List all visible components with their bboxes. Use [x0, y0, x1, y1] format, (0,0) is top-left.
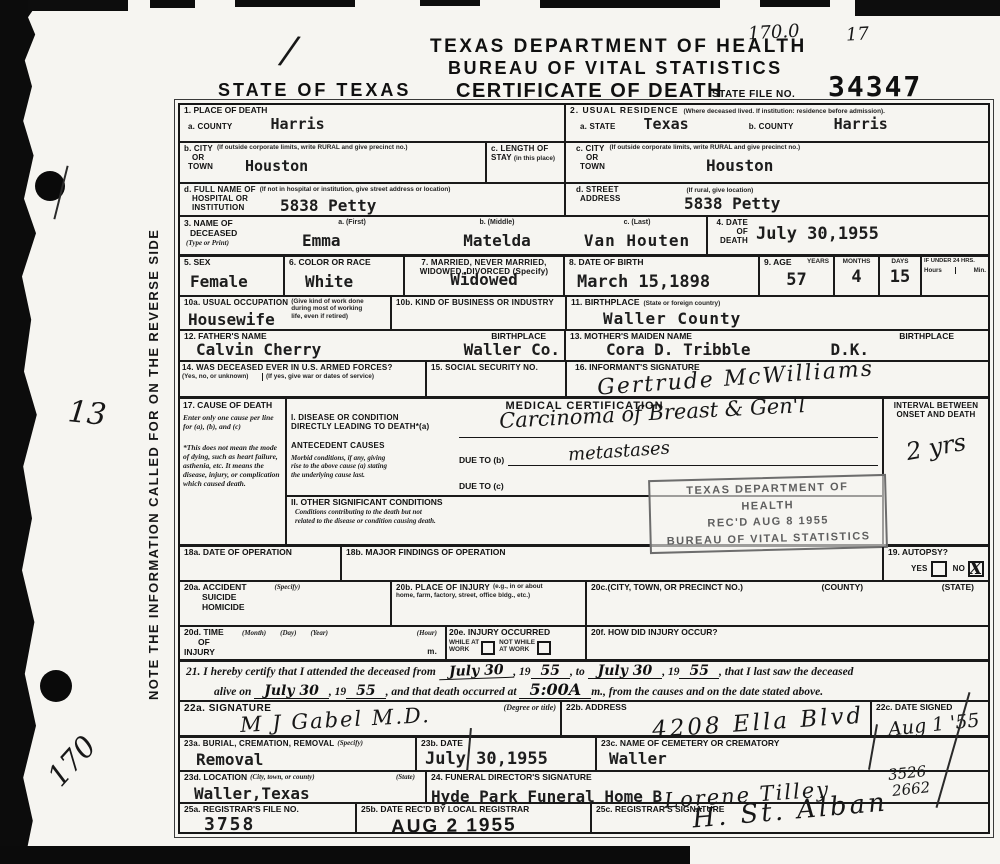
field-25a-value: 3758 — [204, 816, 351, 835]
cert-text-4: , 19 — [662, 666, 679, 678]
field-1b-city-label: b. CITY — [184, 144, 213, 153]
interval-handwriting: 2 yrs — [883, 425, 988, 470]
row-operation: 18a. DATE OF OPERATION 18b. MAJOR FINDIN… — [180, 547, 988, 582]
field-1d-institution: d. FULL NAME OF HOSPITAL OR INSTITUTION … — [180, 184, 566, 215]
field-20d-year: (Year) — [310, 629, 328, 657]
field-2d-label-2: ADDRESS — [580, 194, 621, 203]
field-15-ssn: 15. SOCIAL SECURITY NO. — [427, 362, 567, 396]
cert-text-6: alive on — [214, 686, 251, 698]
field-3-title-note: (Type or Print) — [186, 239, 282, 247]
row-service-informant: 14. WAS DECEASED EVER IN U.S. ARMED FORC… — [180, 362, 988, 399]
field-9-label: 9. AGE — [764, 258, 792, 268]
field-10a-occupation: 10a. USUAL OCCUPATION (Give kind of work… — [180, 297, 392, 329]
field-7-marital-status: 7. MARRIED, NEVER MARRIED, WIDOWED, DIVO… — [405, 257, 565, 295]
field-11-label: 11. BIRTHPLACE — [571, 298, 640, 308]
field-9-under-24: IF UNDER 24 HRS. Hours Min. — [922, 257, 988, 295]
field-23d-note: (City, town, or county) — [250, 773, 315, 783]
field-20d-time-of-injury: 20d. TIME OF INJURY (Month) (Day) (Year)… — [180, 627, 447, 659]
top-scan-mark — [28, 0, 128, 11]
field-9-days-value: 15 — [884, 269, 916, 287]
field-20d-label-3: INJURY — [184, 648, 242, 658]
cert-hw-alive-year: 55 — [346, 684, 385, 699]
field-20d-month: (Month) — [242, 629, 266, 657]
field-4-label: 4. DATE — [712, 218, 748, 227]
field-20d-hour: (Hour) — [417, 629, 437, 637]
while-at-work-checkbox[interactable] — [481, 641, 495, 655]
field-20b-note-2: home, farm, factory, street, office bldg… — [396, 592, 581, 599]
field-1-title: 1. PLACE OF DEATH — [184, 106, 560, 116]
field-1b-city-note: (If outside corporate limits, write RURA… — [217, 144, 408, 153]
field-23a-note: (Specify) — [337, 739, 363, 748]
field-18a-date-of-operation: 18a. DATE OF OPERATION — [180, 547, 342, 580]
field-18b-label: 18b. MAJOR FINDINGS OF OPERATION — [346, 548, 878, 558]
while-at-work-label: WHILE AT — [449, 639, 479, 646]
field-20c-location: 20c.(CITY, TOWN, OR PRECINCT NO.) (COUNT… — [587, 582, 988, 625]
field-17-note-1: Enter only one cause per line for (a), (… — [183, 413, 282, 431]
field-19-autopsy: 19. AUTOPSY? YES NO X — [884, 547, 988, 580]
cert-hw-from-year: 55 — [531, 664, 570, 679]
not-while-at-work-label: NOT WHILE — [499, 639, 535, 646]
field-1b-or: OR — [192, 153, 481, 162]
antecedent-causes-label: ANTECEDENT CAUSES — [291, 441, 459, 450]
field-9-hours-label: Hours — [924, 267, 956, 274]
field-18b-major-findings: 18b. MAJOR FINDINGS OF OPERATION — [342, 547, 884, 580]
row-cause-of-death: 17. CAUSE OF DEATH Enter only one cause … — [180, 399, 988, 547]
row-name-of-deceased: 3. NAME OF DECEASED (Type or Print) a. (… — [180, 217, 988, 257]
handwritten-13: 13 — [66, 394, 108, 433]
field-9-days: DAYS 15 — [880, 257, 922, 295]
field-21-certification: 21. I hereby certify that I attended the… — [180, 662, 988, 700]
field-I-disease-label: I. DISEASE OR CONDITION — [291, 413, 459, 422]
handwritten-slash-mark: / — [280, 27, 299, 72]
field-25b-date-received: 25b. DATE REC'D BY LOCAL REGISTRAR AUG 2… — [357, 804, 592, 832]
field-23d-value: Waller,Texas — [194, 786, 421, 803]
state-file-no-label: STATE FILE NO. — [712, 89, 795, 100]
row-certification: 21. I hereby certify that I attended the… — [180, 662, 988, 702]
field-9-years-value: 57 — [764, 272, 829, 290]
field-20e-label: 20e. INJURY OCCURRED — [449, 628, 583, 638]
header-certificate-title: CERTIFICATE OF DEATH — [456, 80, 723, 103]
field-22c-date-signed: 22c. DATE SIGNED Aug 1 '55 — [872, 702, 988, 735]
not-while-at-work-label-2: AT WORK — [499, 646, 535, 653]
field-20a-label-3: HOMICIDE — [202, 603, 247, 613]
field-1a-county-label: a. COUNTY — [188, 122, 232, 131]
cert-hw-alive-date: July 30 — [254, 684, 329, 699]
interval-label-2: ONSET AND DEATH — [885, 410, 987, 419]
field-interval: INTERVAL BETWEEN ONSET AND DEATH 2 yrs — [884, 399, 988, 544]
while-at-work-label-2: WORK — [449, 646, 479, 653]
field-9-days-label: DAYS — [884, 258, 916, 265]
cert-text-9: m., from the causes and on the date stat… — [591, 686, 823, 698]
cause-a-handwriting: Carcinoma of Breast & Gen'l — [499, 393, 806, 433]
field-17-cause-of-death: 17. CAUSE OF DEATH Enter only one cause … — [180, 399, 287, 544]
field-20c-label: 20c.(CITY, TOWN, OR PRECINCT NO.) — [591, 583, 743, 593]
field-2b-county-label: b. COUNTY — [749, 122, 794, 131]
field-3c-last-label: c. (Last) — [572, 219, 702, 227]
field-13-birthplace-label: BIRTHPLACE — [899, 332, 954, 342]
field-1d-label: d. FULL NAME OF — [184, 185, 256, 194]
field-3a-first-label: a. (First) — [282, 219, 422, 227]
not-while-at-work-checkbox[interactable] — [537, 641, 551, 655]
field-2c-or: OR — [586, 153, 984, 162]
autopsy-yes-label: YES — [911, 564, 928, 573]
field-19-label: 19. AUTOPSY? — [888, 548, 984, 558]
row-burial: 23a. BURIAL, CREMATION, REMOVAL (Specify… — [180, 738, 988, 772]
field-10b-label: 10b. KIND OF BUSINESS OR INDUSTRY — [396, 298, 561, 307]
field-11-birthplace: 11. BIRTHPLACE (State or foreign country… — [567, 297, 988, 329]
autopsy-no-checkbox[interactable]: X — [968, 561, 984, 577]
field-14-note-1: (Yes, no, or unknown) — [182, 373, 263, 380]
cert-hw-to-year: 55 — [679, 664, 718, 679]
field-2c-city-label: c. CITY — [576, 144, 605, 153]
field-4-value: July 30,1955 — [756, 226, 879, 246]
field-6-color-or-race: 6. COLOR OR RACE White — [285, 257, 405, 295]
cert-text-7: , 19 — [329, 686, 346, 698]
field-1d-value: 5838 Petty — [280, 198, 376, 215]
antecedent-note-3: the underlying cause last. — [291, 471, 459, 479]
row-city: b. CITY (If outside corporate limits, wr… — [180, 143, 988, 184]
field-8-label: 8. DATE OF BIRTH — [569, 258, 754, 268]
field-25b-stamp-value: AUG 2 1955 — [391, 813, 586, 838]
row-occupation: 10a. USUAL OCCUPATION (Give kind of work… — [180, 297, 988, 331]
autopsy-yes-checkbox[interactable] — [931, 561, 947, 577]
field-23b-date: 23b. DATE July 30,1955 — [417, 738, 597, 770]
field-12-birthplace-value: Waller Co. — [464, 342, 560, 359]
field-17-note-2: *This does not mean the mode of dying, s… — [183, 443, 282, 488]
row-registrar: 25a. REGISTRAR'S FILE NO. 3758 25b. DATE… — [180, 804, 988, 832]
field-1b-town: TOWN — [188, 162, 481, 171]
cert-text-8: , and that death occurred at — [386, 686, 517, 698]
field-I-disease-label-2: DIRECTLY LEADING TO DEATH*(a) — [291, 422, 459, 431]
field-23a-label: 23a. BURIAL, CREMATION, REMOVAL — [184, 739, 334, 748]
field-20d-label-1: 20d. TIME — [184, 628, 242, 638]
field-1b-city: b. CITY (If outside corporate limits, wr… — [180, 143, 487, 182]
row-institution-street: d. FULL NAME OF HOSPITAL OR INSTITUTION … — [180, 184, 988, 217]
cert-hw-time: 5:00A — [519, 682, 591, 699]
due-to-c-label: DUE TO (c) — [459, 482, 504, 492]
field-10b-business: 10b. KIND OF BUSINESS OR INDUSTRY — [392, 297, 567, 329]
field-1c-length-of-stay: c. LENGTH OF STAY (in this place) — [487, 143, 566, 182]
field-2b-county-value: Harris — [834, 117, 888, 133]
field-16-informant: 16. INFORMANT'S SIGNATURE Gertrude McWil… — [567, 362, 988, 396]
field-20e-injury-occurred: 20e. INJURY OCCURRED WHILE AT WORK NOT W… — [447, 627, 587, 659]
due-to-b-label: DUE TO (b) — [459, 456, 504, 466]
header-state-of-texas: STATE OF TEXAS — [218, 80, 411, 101]
field-5-value: Female — [190, 274, 279, 291]
field-20c-county: (COUNTY) — [822, 583, 864, 593]
field-23b-value: July 30,1955 — [425, 751, 591, 769]
field-3b-middle-label: b. (Middle) — [422, 219, 572, 227]
torn-left-edge — [0, 0, 40, 864]
field-9-years-label: YEARS — [807, 258, 829, 268]
top-scan-mark — [855, 0, 1000, 16]
cause-b-handwriting: metastases — [568, 437, 671, 465]
autopsy-no-label: NO — [953, 564, 965, 573]
field-20b-label: 20b. PLACE OF INJURY — [396, 583, 490, 592]
field-9-age: 9. AGE YEARS 57 — [760, 257, 835, 295]
field-11-value: Waller County — [603, 311, 984, 328]
header-bureau: BUREAU OF VITAL STATISTICS — [448, 58, 783, 79]
field-2d-value: 5838 Petty — [684, 196, 780, 213]
field-3a-first-value: Emma — [302, 233, 422, 250]
handwritten-170: 170 — [41, 729, 103, 793]
cert-hw-from-date: July 30 — [438, 663, 513, 681]
field-20f-how-injury: 20f. HOW DID INJURY OCCUR? — [587, 627, 988, 659]
cert-text-5: , that I last saw the deceased — [719, 666, 854, 678]
field-2a-state-value: Texas — [644, 117, 689, 133]
interval-label-1: INTERVAL BETWEEN — [885, 401, 987, 410]
field-6-value: White — [305, 274, 399, 291]
handwritten-code-2: 17 — [845, 23, 869, 45]
field-1c-label-2: STAY — [491, 153, 512, 162]
field-5-sex: 5. SEX Female — [180, 257, 285, 295]
field-2a-state-label: a. STATE — [580, 122, 616, 131]
field-8-date-of-birth: 8. DATE OF BIRTH March 15,1898 — [565, 257, 760, 295]
field-3c-last-value: Van Houten — [572, 233, 702, 250]
field-23d-label: 23d. LOCATION — [184, 773, 247, 783]
field-3-name-of-deceased: 3. NAME OF DECEASED (Type or Print) a. (… — [180, 217, 708, 254]
field-3-title-2: DECEASED — [190, 229, 282, 239]
cert-text-2: , 19 — [513, 666, 530, 678]
field-10a-value: Housewife — [188, 312, 275, 329]
field-20b-note-1: (e.g., in or about — [493, 583, 543, 592]
field-15-label: 15. SOCIAL SECURITY NO. — [431, 363, 561, 372]
field-14-note-2: (If yes, give war or dates of service) — [263, 373, 423, 380]
top-scan-mark — [235, 0, 355, 7]
row-physician: 22a. SIGNATURE (Degree or title) M J Gab… — [180, 702, 988, 738]
field-20b-place-of-injury: 20b. PLACE OF INJURY (e.g., in or about … — [392, 582, 587, 625]
field-2c-town: TOWN — [580, 162, 984, 171]
medical-certification-section: MEDICAL CERTIFICATION I. DISEASE OR COND… — [287, 399, 884, 544]
field-11-note: (State or foreign country) — [644, 300, 721, 307]
bottom-scan-bar — [0, 846, 690, 864]
field-4-label-2: OF — [712, 227, 748, 236]
field-2c-city-note: (If outside corporate limits, write RURA… — [610, 144, 801, 153]
field-25c-registrar-signature: 25c. REGISTRAR'S SIGNATURE H. St. Alban — [592, 804, 988, 832]
top-scan-mark — [150, 0, 195, 8]
field-20a-note: (Specify) — [275, 583, 301, 612]
top-scan-mark — [540, 0, 720, 8]
field-10a-note: (Give kind of work done during most of w… — [291, 298, 366, 320]
field-1a-county-value: Harris — [270, 117, 324, 133]
field-1b-city-value: Houston — [245, 159, 308, 175]
field-23c-label: 23c. NAME OF CEMETERY OR CREMATORY — [601, 739, 984, 749]
top-scan-mark — [760, 0, 830, 7]
reverse-side-note: NOTE THE INFORMATION CALLED FOR ON THE R… — [146, 230, 161, 700]
cert-hw-to-date: July 30 — [588, 664, 663, 679]
field-6-label: 6. COLOR OR RACE — [289, 258, 399, 268]
field-25a-registrar-file: 25a. REGISTRAR'S FILE NO. 3758 — [180, 804, 357, 832]
state-file-no-value: 34347 — [828, 70, 922, 103]
handwritten-code: 170.0 — [747, 21, 800, 45]
row-place-residence: 1. PLACE OF DEATH a. COUNTY Harris 2. US… — [180, 105, 988, 143]
punch-hole — [40, 670, 72, 702]
antecedent-note-1: Morbid conditions, if any, giving — [291, 454, 459, 462]
cert-text-1: 21. I hereby certify that I attended the… — [186, 666, 436, 678]
field-22a-note: (Degree or title) — [504, 703, 556, 715]
field-2d-label: d. STREET — [576, 185, 621, 194]
field-23d-location: 23d. LOCATION (City, town, or county) (S… — [180, 772, 427, 802]
field-1-place-of-death: 1. PLACE OF DEATH a. COUNTY Harris — [180, 105, 566, 141]
field-20c-state: (STATE) — [942, 583, 974, 593]
field-20d-m: m. — [427, 647, 437, 656]
field-2c-city: c. CITY (If outside corporate limits, wr… — [566, 143, 988, 182]
received-stamp: TEXAS DEPARTMENT OF HEALTH REC'D AUG 8 1… — [648, 474, 888, 554]
field-13-mother: 13. MOTHER'S MAIDEN NAME BIRTHPLACE Cora… — [566, 331, 988, 360]
field-14-armed-forces: 14. WAS DECEASED EVER IN U.S. ARMED FORC… — [180, 362, 427, 396]
field-1c-note: (in this place) — [514, 155, 555, 162]
row-time-of-injury: 20d. TIME OF INJURY (Month) (Day) (Year)… — [180, 627, 988, 662]
field-2-usual-residence: 2. USUAL RESIDENCE (Where deceased lived… — [566, 105, 988, 141]
field-20a-accident: 20a. ACCIDENT SUICIDE HOMICIDE (Specify) — [180, 582, 392, 625]
field-23b-label: 23b. DATE — [421, 739, 591, 749]
field-8-value: March 15,1898 — [577, 274, 754, 292]
death-certificate-form: 1. PLACE OF DEATH a. COUNTY Harris 2. US… — [178, 103, 990, 834]
field-23a-value: Removal — [196, 752, 411, 769]
row-demographics: 5. SEX Female 6. COLOR OR RACE White 7. … — [180, 257, 988, 297]
field-23c-value: Waller — [609, 751, 984, 768]
field-14-label: 14. WAS DECEASED EVER IN U.S. ARMED FORC… — [182, 363, 423, 372]
field-18a-label: 18a. DATE OF OPERATION — [184, 548, 336, 558]
field-1c-label: c. LENGTH OF — [491, 144, 560, 153]
field-23d-note-2: (State) — [396, 773, 415, 783]
field-9-months-label: MONTHS — [839, 258, 874, 265]
field-13-value: Cora D. Tribble — [606, 342, 751, 359]
field-4-label-3: DEATH — [712, 236, 748, 245]
field-1d-label-2: HOSPITAL OR — [192, 194, 256, 203]
field-2c-city-value: Houston — [706, 158, 773, 175]
field-17-label: 17. CAUSE OF DEATH — [183, 401, 282, 411]
field-20f-label: 20f. HOW DID INJURY OCCUR? — [591, 628, 984, 638]
field-22a-signature: 22a. SIGNATURE (Degree or title) M J Gab… — [180, 702, 562, 735]
field-7-label: 7. MARRIED, NEVER MARRIED, — [409, 258, 559, 267]
field-9-months-value: 4 — [839, 269, 874, 287]
field-12-father: 12. FATHER'S NAME BIRTHPLACE Calvin Cher… — [180, 331, 566, 360]
antecedent-note-2: rise to the above cause (a) stating — [291, 462, 459, 470]
field-3b-middle-value: Matelda — [422, 233, 572, 250]
cert-text-3: , to — [570, 666, 585, 678]
field-1d-label-3: INSTITUTION — [192, 203, 256, 212]
field-24-funeral-director: 24. FUNERAL DIRECTOR'S SIGNATURE Hyde Pa… — [427, 772, 988, 802]
field-4-date-of-death: 4. DATE OF DEATH July 30,1955 — [708, 217, 988, 254]
field-9-min-label: Min. — [956, 267, 987, 274]
field-2d-street: d. STREET ADDRESS (If rural, give locati… — [566, 184, 988, 215]
field-5-label: 5. SEX — [184, 258, 279, 268]
autopsy-no-x-mark: X — [969, 559, 982, 579]
field-12-value: Calvin Cherry — [196, 342, 321, 359]
date-signed-handwriting: Aug 1 '55 — [887, 709, 981, 740]
field-9-months: MONTHS 4 — [835, 257, 880, 295]
field-23a-burial: 23a. BURIAL, CREMATION, REMOVAL (Specify… — [180, 738, 417, 770]
field-23c-cemetery: 23c. NAME OF CEMETERY OR CREMATORY Walle… — [597, 738, 988, 770]
field-20d-day: (Day) — [280, 629, 296, 657]
field-22b-address: 22b. ADDRESS 4208 Ella Blvd — [562, 702, 872, 735]
row-accident: 20a. ACCIDENT SUICIDE HOMICIDE (Specify)… — [180, 582, 988, 627]
field-9-under-label: IF UNDER 24 HRS. — [924, 258, 986, 265]
top-scan-mark — [420, 0, 480, 6]
